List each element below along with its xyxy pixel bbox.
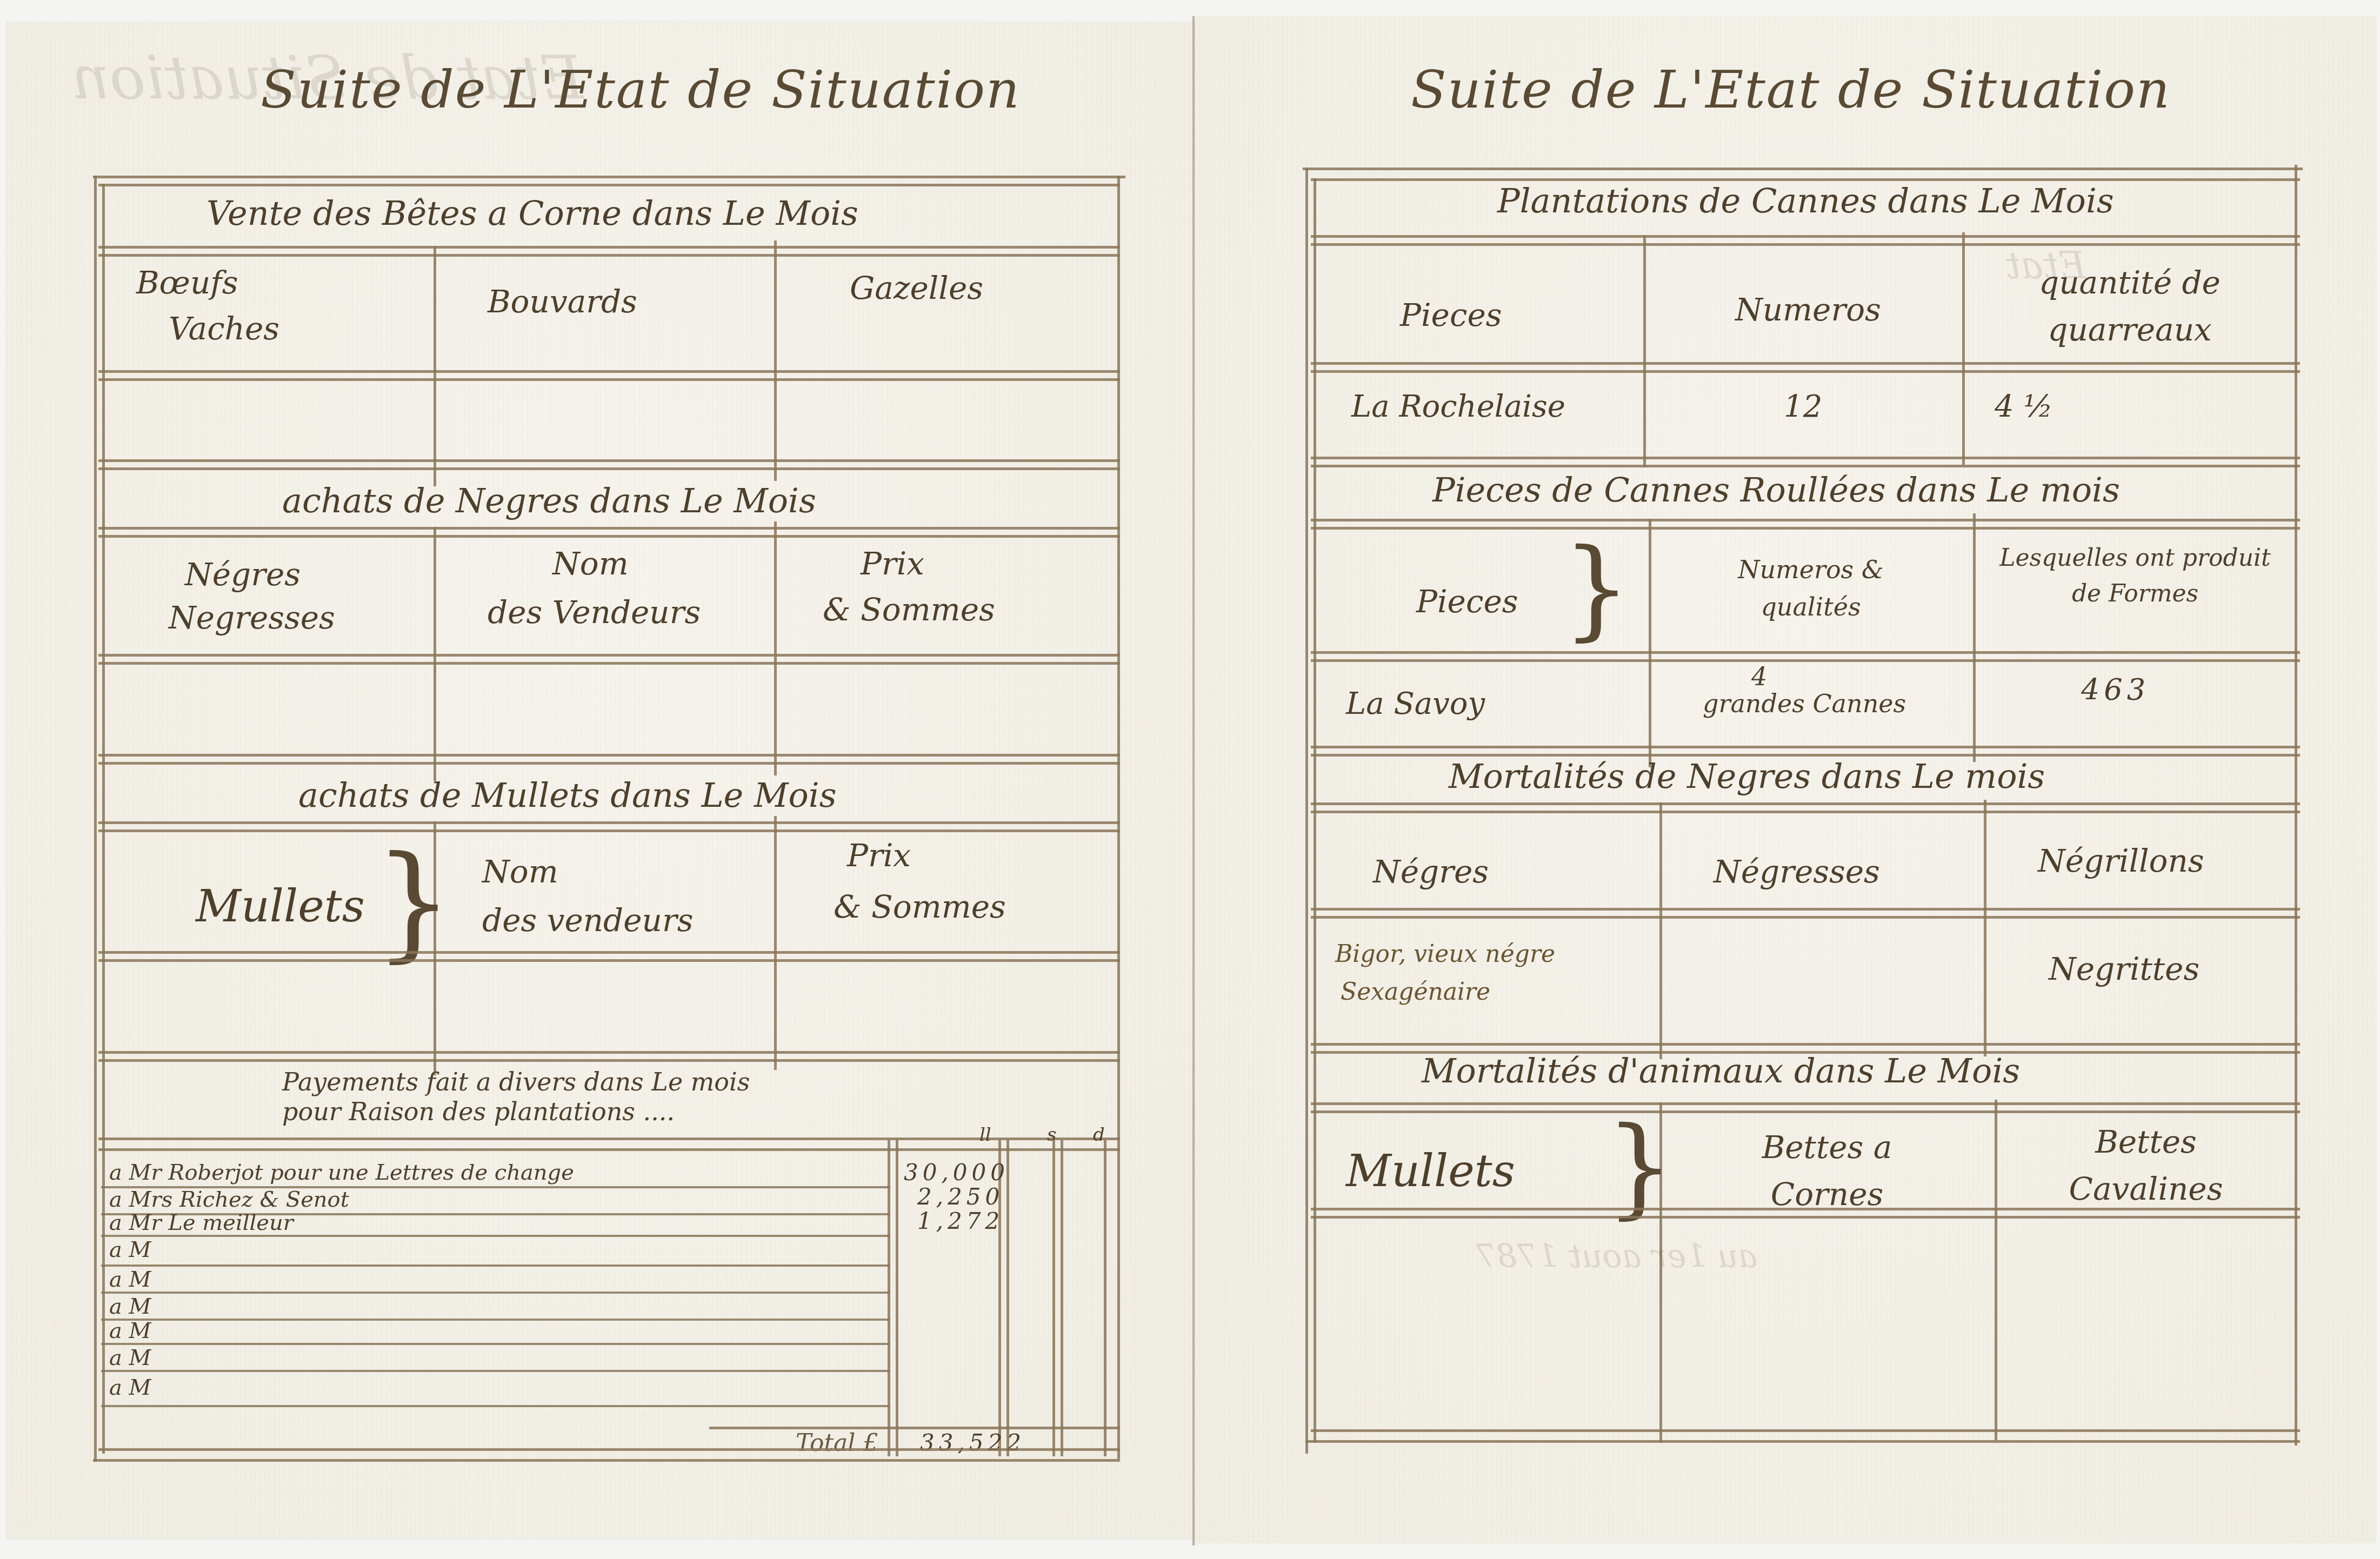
ledger-payee: a Mr Roberjot pour une Lettres de change — [109, 1160, 574, 1185]
header-pieces: Pieces — [1400, 292, 1502, 339]
manuscript-spread: Etat de Situation Suite de L'Etat de Sit… — [0, 0, 2380, 1559]
column-mark-livres: ll — [979, 1124, 991, 1146]
header-negres: Négres — [185, 551, 301, 598]
deceased-name: Bigor, vieux négre — [1335, 940, 1555, 968]
brace-icon: } — [1605, 1113, 1674, 1221]
piece-quantite: 4 ½ — [1995, 389, 2053, 424]
ledger-amount: 30,000 — [904, 1159, 1009, 1186]
slave-mortality-title: Mortalités de Negres dans Le mois — [1449, 757, 2045, 796]
bleed-through-text: au 1er aout 1787 — [1476, 1237, 1757, 1275]
payments-title-line1: Payements fait a divers dans Le mois — [282, 1067, 750, 1096]
ledger-payee: a M — [109, 1294, 151, 1319]
header-numeros: Numeros — [1735, 286, 1881, 333]
header-pieces: Pieces — [1416, 578, 1518, 625]
header-des-vendeurs: des vendeurs — [482, 897, 693, 944]
piece-name: La Savoy — [1346, 686, 1485, 721]
header-formes: Lesquelles ont produit de Formes — [1995, 540, 2276, 612]
piece-numero: 4 — [1751, 662, 1767, 691]
deceased-age: Sexagénaire — [1341, 978, 1490, 1006]
header-prix: Prix — [861, 540, 924, 587]
mule-purchases-title: achats de Mullets dans Le Mois — [298, 775, 836, 815]
right-page-title: Suite de L'Etat de Situation — [1411, 59, 2171, 120]
header-mullets: Mullets — [1346, 1146, 1515, 1197]
ledger-payee: a M — [109, 1267, 151, 1292]
ledger-payee: a Mrs Richez & Senot — [109, 1187, 349, 1212]
ledger-payee: a M — [109, 1346, 151, 1370]
column-mark-sols: s — [1047, 1124, 1056, 1146]
header-mullets: Mullets — [196, 881, 365, 932]
header-des-vendeurs: des Vendeurs — [488, 589, 701, 636]
header-negresses: Négresses — [1714, 848, 1880, 895]
header-numeros-qualites: Numeros & qualités — [1692, 551, 1930, 626]
header-vaches: Vaches — [169, 305, 279, 352]
header-sommes: & Sommes — [823, 586, 995, 633]
piece-formes: 463 — [2081, 673, 2150, 707]
ledger-amount: 1,272 — [917, 1208, 1004, 1234]
cattle-sales-title: Vente des Bêtes a Corne dans Le Mois — [206, 193, 858, 233]
header-bouvards: Bouvards — [488, 278, 637, 325]
header-negrillons: Négrillons — [2038, 838, 2204, 885]
brace-icon: } — [1562, 535, 1631, 643]
header-prix: Prix — [847, 832, 911, 879]
piece-name: La Rochelaise — [1351, 389, 1565, 424]
right-page: Etat Suite de L'Etat de Situation Planta… — [1195, 16, 2376, 1543]
header-bettes-cavalines: Bettes Cavalines — [2038, 1119, 2254, 1213]
ledger-amount: 2,250 — [917, 1183, 1004, 1210]
ledger-payee: a M — [109, 1375, 151, 1400]
total-value: 33,522 — [920, 1429, 1025, 1456]
header-quantite: quantité de quarreaux — [2016, 259, 2243, 353]
cane-plantations-title: Plantations de Cannes dans Le Mois — [1497, 181, 2114, 220]
piece-numero: 12 — [1784, 389, 1822, 424]
animal-mortality-title: Mortalités d'animaux dans Le Mois — [1422, 1051, 2020, 1090]
header-nom: Nom — [552, 540, 629, 587]
header-negres: Négres — [1373, 848, 1489, 895]
header-boeufs: Bœufs — [136, 259, 238, 306]
cane-rolled-title: Pieces de Cannes Roullées dans Le mois — [1432, 470, 2120, 510]
total-label: Total £ — [796, 1429, 878, 1457]
header-bettes-cornes: Bettes a Cornes — [1714, 1124, 1941, 1218]
brace-icon: } — [374, 840, 453, 965]
column-mark-deniers: d — [1093, 1124, 1105, 1146]
header-negresses: Negresses — [169, 594, 335, 641]
piece-qualite: grandes Cannes — [1703, 689, 1906, 718]
ledger-payee: a Mr Le meilleur — [109, 1210, 294, 1235]
payments-title-line2: pour Raison des plantations .... — [282, 1097, 675, 1126]
ledger-payee: a M — [109, 1237, 151, 1262]
ledger-payee: a M — [109, 1319, 151, 1343]
header-sommes: & Sommes — [834, 884, 1006, 931]
header-gazelles: Gazelles — [850, 265, 983, 312]
slave-purchases-title: achats de Negres dans Le Mois — [282, 481, 816, 520]
left-page-title: Suite de L'Etat de Situation — [261, 59, 1021, 120]
left-page: Etat de Situation Suite de L'Etat de Sit… — [6, 22, 1194, 1539]
header-nom: Nom — [482, 848, 558, 895]
negrittes-label: Negrittes — [2049, 946, 2199, 993]
